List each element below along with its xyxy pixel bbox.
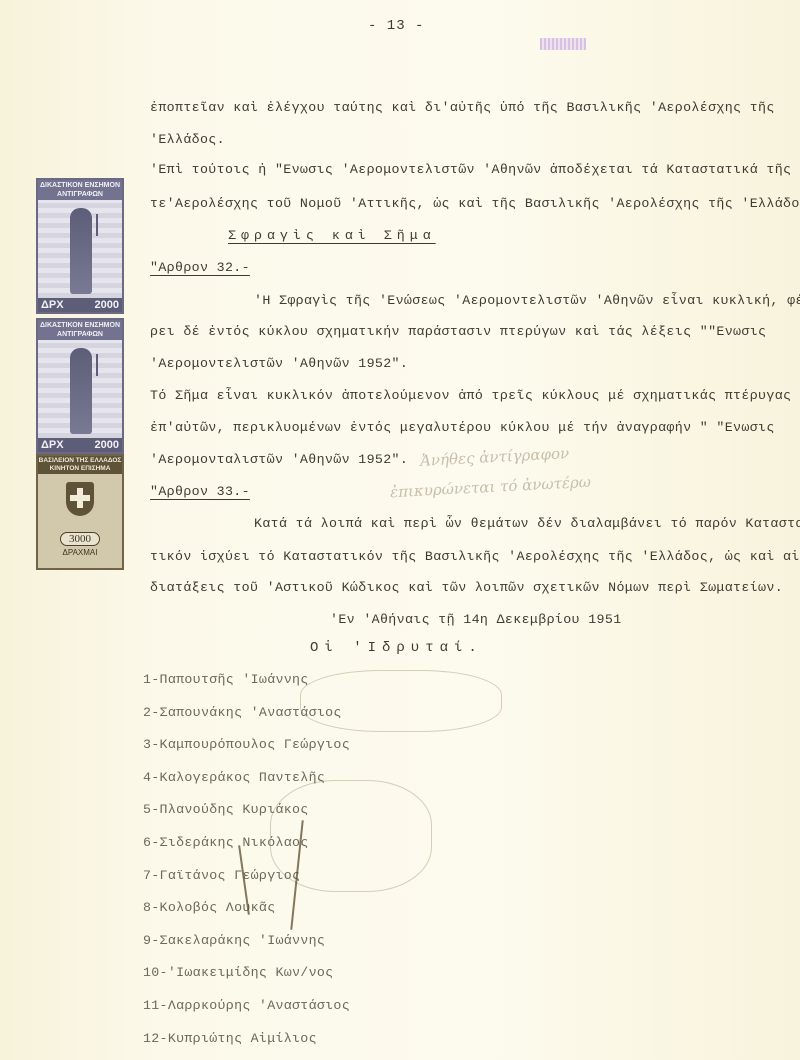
- justice-figure-icon: [38, 200, 122, 298]
- coat-of-arms-icon: [38, 474, 122, 532]
- founders-title: Οἱ 'Ιδρυταί.: [310, 640, 483, 656]
- body-line: τε'Αερολέσχης τοῦ Νομοῦ 'Αττικῆς, ὡς καὶ…: [150, 196, 800, 211]
- body-line: ρει δέ ἐντός κύκλου σχηματικήν παράστασι…: [150, 324, 766, 339]
- stamp-value: 3000: [60, 532, 100, 546]
- handwritten-note-line: ἐπικυρώνεται τό ἀνωτέρω: [390, 473, 592, 501]
- page-number: - 13 -: [368, 18, 424, 34]
- founder-item: 10-'Ιωακειμίδης Κων/νος: [143, 965, 350, 998]
- stamp-header: ΒΑΣΙΛΕΙΟΝ ΤΗΣ ΕΛΛΑΔΟΣ: [39, 457, 122, 464]
- body-line: 'Αερομονταλιστῶν 'Αθηνῶν 1952".: [150, 452, 408, 467]
- justice-figure-icon: [38, 340, 122, 438]
- body-line: ἐποπτεῖαν καὶ ἐλέγχου ταύτης καὶ δι'αὐτῆ…: [150, 100, 775, 115]
- document-page: - 13 - ἐποπτεῖαν καὶ ἐλέγχου ταύτης καὶ …: [0, 0, 800, 1060]
- stamp-header: ΔΙΚΑΣΤΙΚΟΝ ΕΝΣΗΜΟΝ: [40, 322, 120, 329]
- body-line: 'Ελλάδος.: [150, 132, 225, 147]
- body-line: τικόν ἰσχύει τό Καταστατικόν τῆς Βασιλικ…: [150, 549, 800, 564]
- founder-item: 12-Κυπριώτης Αἰμίλιος: [143, 1031, 350, 1060]
- body-line: διατάξεις τοῦ 'Αστικοῦ Κώδικος καὶ τῶν λ…: [150, 580, 783, 595]
- stamp-value: 2000: [95, 299, 119, 311]
- founder-item: 11-Λαρρκούρης 'Αναστάσιος: [143, 998, 350, 1031]
- stamp-header: ΑΝΤΙΓΡΑΦΩΝ: [57, 331, 103, 338]
- body-line: Τό Σῆμα εἶναι κυκλικόν ἀποτελούμενον ἀπό…: [150, 388, 791, 403]
- revenue-stamp: ΔΙΚΑΣΤΙΚΟΝ ΕΝΣΗΜΟΝΑΝΤΙΓΡΑΦΩΝ ΔΡΧ2000: [36, 178, 124, 314]
- article-heading: "Αρθρον 32.-: [150, 260, 250, 275]
- body-line: 'Αερομοντελιστῶν 'Αθηνῶν 1952".: [150, 356, 408, 371]
- founder-item: 3-Καμπουρόπουλος Γεώργιος: [143, 737, 350, 770]
- date-line: 'Εν 'Αθήναις τῇ 14η Δεκεμβρίου 1951: [330, 612, 622, 627]
- revenue-stamp: ΔΙΚΑΣΤΙΚΟΝ ΕΝΣΗΜΟΝΑΝΤΙΓΡΑΦΩΝ ΔΡΧ2000: [36, 318, 124, 454]
- violet-ink-stamp: [540, 38, 586, 50]
- signature-scribble: [270, 780, 432, 892]
- body-line: Κατά τά λοιπά καὶ περὶ ὧν θεμάτων δέν δι…: [254, 516, 800, 531]
- stamp-header: ΑΝΤΙΓΡΑΦΩΝ: [57, 191, 103, 198]
- stamp-header: ΔΙΚΑΣΤΙΚΟΝ ΕΝΣΗΜΟΝ: [40, 182, 120, 189]
- stamp-header: ΚΙΝΗΤΟΝ ΕΠΙΣΗΜΑ: [50, 465, 111, 472]
- stamp-value: 2000: [95, 439, 119, 451]
- signature-scribble: [300, 670, 502, 732]
- section-heading: Σφραγὶς καὶ Σῆμα: [228, 228, 436, 243]
- stamp-unit: ΔΡΑΧΜΑΙ: [38, 548, 122, 557]
- stamp-currency: ΔΡΧ: [41, 439, 64, 451]
- body-line: 'Η Σφραγὶς τῆς 'Ενώσεως 'Αερομοντελιστῶν…: [254, 293, 800, 308]
- handwritten-note-line: Ἀνήθες ἀντίγραφον: [420, 444, 570, 470]
- body-line: ἐπ'αὐτῶν, περικλυομένων ἐντός μεγαλυτέρο…: [150, 420, 775, 435]
- revenue-stamp-brown: ΒΑΣΙΛΕΙΟΝ ΤΗΣ ΕΛΛΑΔΟΣΚΙΝΗΤΟΝ ΕΠΙΣΗΜΑ 300…: [36, 454, 124, 570]
- founder-item: 9-Σακελαράκης 'Ιωάννης: [143, 933, 350, 966]
- body-line: 'Επὶ τούτοις ἡ "Ενωσις 'Αερομοντελιστῶν …: [150, 162, 791, 177]
- article-heading: "Αρθρον 33.-: [150, 484, 250, 499]
- stamp-currency: ΔΡΧ: [41, 299, 64, 311]
